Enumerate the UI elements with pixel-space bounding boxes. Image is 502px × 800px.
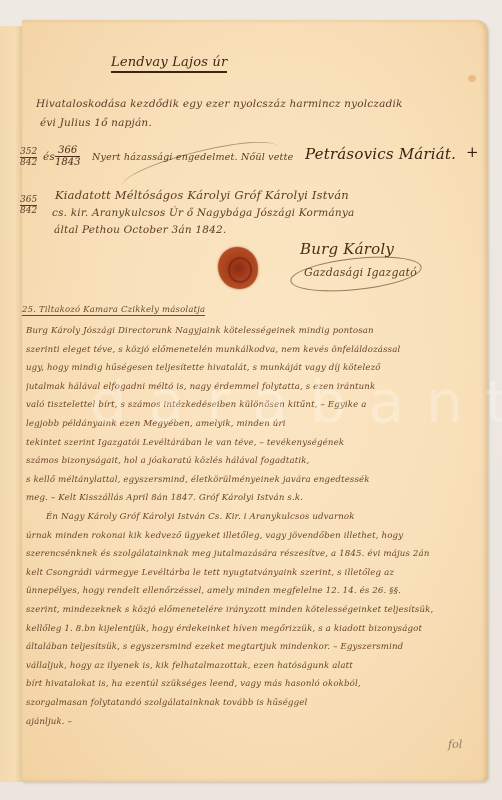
issuance-line-3: által Pethou October 3án 1842. bbox=[54, 224, 226, 236]
body-line: kelt Csongrádi vármegye Levéltárba le te… bbox=[26, 564, 482, 583]
body-line: jutalmak hálával elfogadni méltó is, nag… bbox=[26, 378, 482, 397]
margin-ref-2-numerator: 365 bbox=[20, 195, 37, 206]
fraction-numerator: 366 bbox=[55, 145, 80, 157]
paper-stain bbox=[468, 75, 476, 82]
margin-ref-2-denominator: 842 bbox=[20, 206, 37, 216]
body-line: bírt hivatalokat is, ha ezentúl szüksége… bbox=[26, 675, 482, 694]
body-line: szerinti eleget téve, s közjó előmenetel… bbox=[26, 341, 482, 360]
body-line: általában teljesítsük, s egyszersmind ez… bbox=[26, 638, 482, 657]
marriage-prefix: és bbox=[43, 151, 55, 163]
wax-seal bbox=[218, 247, 258, 289]
section-heading: 25. Tiltakozó Kamara Czikkely másolatja bbox=[22, 305, 205, 316]
pencil-folio-mark: fol bbox=[448, 738, 462, 751]
margin-ref-1-numerator: 352 bbox=[20, 147, 37, 158]
body-line: számos bizonyságait, hol a jóakaratú köz… bbox=[26, 452, 482, 471]
marriage-reference-fraction: 366 1843 bbox=[55, 145, 80, 168]
header-line-1: Hivataloskodása kezdődik egy ezer nyolcs… bbox=[36, 98, 403, 110]
body-line: ünnepélyes, hogy rendelt ellenőrzéssel, … bbox=[26, 582, 482, 601]
body-paragraph-2: Én Nagy Károly Gróf Károlyi István Cs. K… bbox=[26, 508, 482, 731]
fraction-denominator: 1843 bbox=[55, 157, 80, 168]
marriage-text: Nyert házassági engedelmet. Nőül vette bbox=[92, 152, 293, 163]
body-line: kellőleg 1. 8.bn kijelentjük, hogy érdek… bbox=[26, 620, 482, 639]
body-line: ajánljuk. – bbox=[26, 713, 482, 732]
cross-mark: + bbox=[466, 143, 479, 161]
margin-reference-2: 365 842 bbox=[20, 195, 37, 216]
body-line: Én Nagy Károly Gróf Károlyi István Cs. K… bbox=[26, 508, 482, 527]
body-line: s kellő méltánylattal, egyszersmind, éle… bbox=[26, 471, 482, 490]
body-line: szerencsénknek és szolgálatainknak meg j… bbox=[26, 545, 482, 564]
issuance-line-2: cs. kir. Aranykulcsos Úr ő Nagybága Jósz… bbox=[52, 207, 354, 219]
body-line: úrnak minden rokonai kik kedvező ügyeket… bbox=[26, 527, 482, 546]
bride-name: Petrásovics Máriát. bbox=[305, 145, 456, 163]
body-line: legjobb példányaink ezen Megyében, amely… bbox=[26, 415, 482, 434]
body-paragraph-1: Burg Károly Jószági Directorunk Nagyjain… bbox=[26, 322, 482, 508]
body-line: meg. – Kelt Kisszállás April 8án 1847. G… bbox=[26, 489, 482, 508]
margin-reference-1: 352 842 bbox=[20, 147, 37, 168]
issuance-line-1: Kiadatott Méltóságos Károlyi Gróf Károly… bbox=[55, 188, 349, 202]
body-line: vállaljuk, hogy az ilyenek is, kik felha… bbox=[26, 657, 482, 676]
body-line: tekintet szerint Igazgatói Levéltárában … bbox=[26, 434, 482, 453]
body-line: szerint, mindezeknek s közjó előmenetelé… bbox=[26, 601, 482, 620]
margin-ref-1-denominator: 842 bbox=[20, 158, 37, 168]
facing-page-edge bbox=[0, 26, 23, 782]
header-line-2: évi Julius 1ő napján. bbox=[40, 117, 152, 129]
body-line: szorgalmasan folytatandó szolgálatainkna… bbox=[26, 694, 482, 713]
page-heading: Lendvay Lajos úr bbox=[111, 55, 227, 73]
body-line: ugy, hogy mindig hűségesen teljesítette … bbox=[26, 359, 482, 378]
signature-name: Burg Károly bbox=[300, 240, 394, 258]
body-line: való tisztelettel bírt, s számos intézke… bbox=[26, 396, 482, 415]
body-line: Burg Károly Jószági Directorunk Nagyjain… bbox=[26, 322, 482, 341]
